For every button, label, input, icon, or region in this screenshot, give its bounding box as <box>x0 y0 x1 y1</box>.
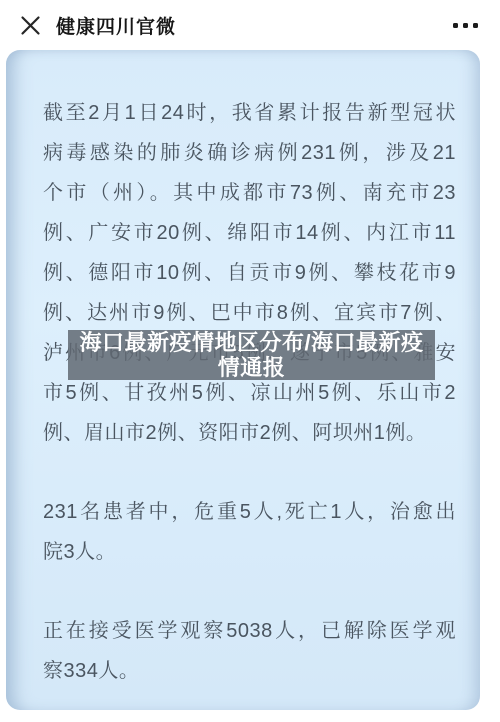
text-line: 正在接受医学观察5038人，已解除医学观 <box>43 611 456 651</box>
app-header: 健康四川官微 <box>0 0 500 50</box>
text-line: 病毒感染的肺炎确诊病例231例，涉及21 <box>43 133 456 173</box>
text-line: 截至2月1日24时，我省累计报告新型冠状 <box>43 93 456 133</box>
text-line: 例、眉山市2例、资阳市2例、阿坝州1例。 <box>43 413 456 453</box>
text-line: 例、达州市9例、巴中市8例、宜宾市7例、 <box>43 293 456 333</box>
watermark-line2: 情通报 <box>218 355 286 380</box>
bulletin-card: 截至2月1日24时，我省累计报告新型冠状 病毒感染的肺炎确诊病例231例，涉及2… <box>6 50 480 710</box>
text-line: 个市（州）。其中成都市73例、南充市23 <box>43 173 456 213</box>
close-x-glyph <box>20 15 41 36</box>
text-line: 察334人。 <box>43 651 456 691</box>
more-options-icon[interactable] <box>449 5 482 45</box>
watermark-overlay: 海口最新疫情地区分布/海口最新疫 情通报 <box>68 330 435 380</box>
page-title: 健康四川官微 <box>56 12 176 39</box>
text-line: 231名患者中，危重5人,死亡1人，治愈出 <box>43 492 456 532</box>
close-icon[interactable] <box>8 5 52 45</box>
watermark-line1: 海口最新疫情地区分布/海口最新疫 <box>79 330 423 355</box>
paragraph-medical-observation: 正在接受医学观察5038人，已解除医学观 察334人。 <box>43 611 456 691</box>
text-line: 例、广安市20例、绵阳市14例、内江市11 <box>43 213 456 253</box>
paragraph-case-distribution: 截至2月1日24时，我省累计报告新型冠状 病毒感染的肺炎确诊病例231例，涉及2… <box>43 93 456 453</box>
paragraph-patient-status: 231名患者中，危重5人,死亡1人，治愈出 院3人。 <box>43 492 456 572</box>
text-line: 例、德阳市10例、自贡市9例、攀枝花市9 <box>43 253 456 293</box>
text-line: 院3人。 <box>43 532 456 572</box>
